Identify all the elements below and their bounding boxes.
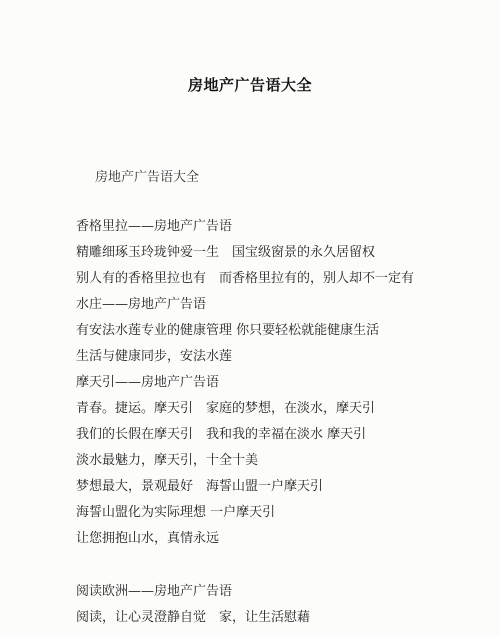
- slogan-line: 有安法水莲专业的健康管理 你只要轻松就能健康生活: [76, 323, 379, 339]
- document-title: 房地产广告语大全: [0, 74, 500, 95]
- slogan-line: 青春。捷运。摩天引 家庭的梦想，在淡水，摩天引: [76, 401, 375, 417]
- slogan-line: 生活与健康同步，安法水莲: [76, 349, 232, 365]
- slogan-heading-motianyin: 摩天引——房地产广告语: [76, 375, 219, 391]
- slogan-line: 精雕细琢玉玲珑钟爱一生 国宝级窗景的永久居留权: [76, 245, 375, 261]
- slogan-line: 让您拥抱山水，真情永远: [76, 531, 219, 547]
- slogan-line: 别人有的香格里拉也有 而香格里拉有的，别人却不一定有: [76, 271, 414, 287]
- slogan-line: 梦想最大，景观最好 海誓山盟一户摩天引: [76, 479, 323, 495]
- slogan-line: 我们的长假在摩天引 我和我的幸福在淡水 摩天引: [76, 427, 366, 443]
- slogan-heading-reading-europe: 阅读欧洲——房地产广告语: [76, 584, 232, 600]
- slogan-line: 海誓山盟化为实际理想 一户摩天引: [76, 505, 275, 521]
- document-subtitle: 房地产广告语大全: [95, 166, 199, 185]
- slogan-line: 阅读，让心灵澄静自觉 家，让生活慰藉: [76, 610, 310, 626]
- slogan-heading-shuizhuang: 水庄——房地产广告语: [76, 297, 206, 313]
- slogan-heading-shangri-la: 香格里拉——房地产广告语: [76, 219, 232, 235]
- slogan-line: 淡水最魅力，摩天引，十全十美: [76, 453, 258, 469]
